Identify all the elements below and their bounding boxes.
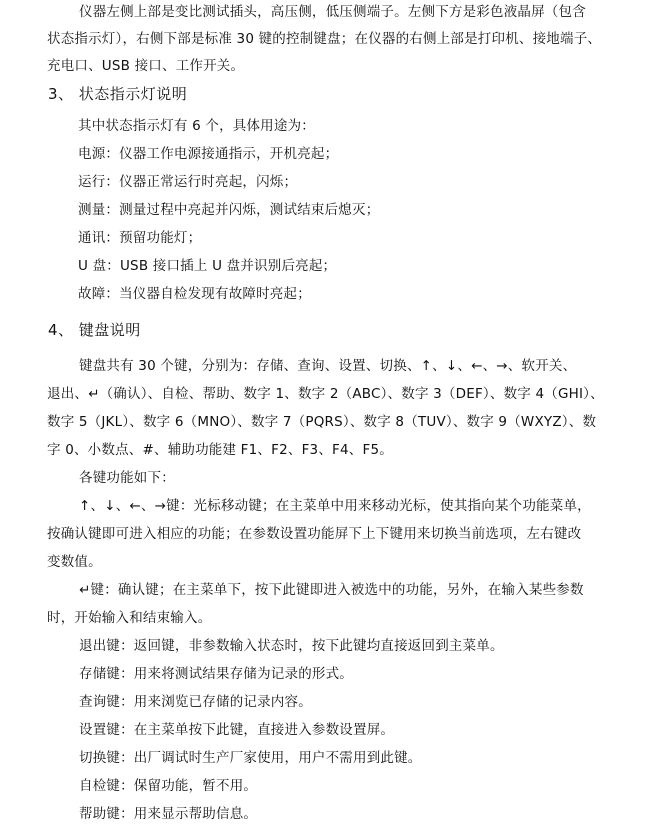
key-exit: 退出键：返回键，非参数输入状态时，按下此键均直接返回到主菜单。 bbox=[79, 637, 504, 655]
intro-line-1: 仪器左侧上部是变比测试插头，高压侧，低压侧端子。左侧下方是彩色液晶屏（包含 bbox=[79, 3, 586, 21]
key-query: 查询键：用来浏览已存储的记录内容。 bbox=[79, 693, 312, 711]
arrow-keys-line-3: 变数值。 bbox=[47, 553, 102, 571]
intro-line-3: 充电口、USB 接口、工作开关。 bbox=[47, 57, 244, 75]
status-light-power: 电源：仪器工作电源接通指示，开机亮起； bbox=[78, 145, 338, 163]
key-help: 帮助键：用来显示帮助信息。 bbox=[79, 805, 257, 823]
key-store: 存储键：用来将测试结果存储为记录的形式。 bbox=[79, 665, 353, 683]
confirm-key-line-1: ↵键：确认键；在主菜单下，按下此键即进入被选中的功能，另外，在输入某些参数 bbox=[79, 581, 584, 599]
status-light-fault: 故障：当仪器自检发现有故障时亮起； bbox=[78, 285, 311, 303]
status-light-measure: 测量：测量过程中亮起并闪烁，测试结束后熄灭； bbox=[78, 201, 379, 219]
keys-line-4: 字 0、小数点、#、辅助功能建 F1、F2、F3、F4、F5。 bbox=[47, 441, 393, 459]
keys-line-2: 退出、↵（确认）、自检、帮助、数字 1、数字 2（ABC）、数字 3（DEF）、… bbox=[47, 385, 604, 403]
section-3-heading: 3、 状态指示灯说明 bbox=[48, 84, 187, 104]
key-settings: 设置键：在主菜单按下此键，直接进入参数设置屏。 bbox=[79, 721, 394, 739]
keys-line-3: 数字 5（JKL）、数字 6（MNO）、数字 7（PQRS）、数字 8（TUV）… bbox=[47, 413, 596, 431]
section-4-heading: 4、 键盘说明 bbox=[48, 320, 141, 340]
intro-line-2: 状态指示灯），右侧下部是标准 30 键的控制键盘；在仪器的右侧上部是打印机、接地… bbox=[47, 30, 601, 48]
status-light-usb: U 盘：USB 接口插上 U 盘并识别后亮起； bbox=[78, 257, 336, 275]
arrow-keys-line-1: ↑、↓、←、→键：光标移动键；在主菜单中用来移动光标，使其指向某个功能菜单， bbox=[79, 497, 591, 515]
status-lights-intro: 其中状态指示灯有 6 个，具体用途为： bbox=[78, 117, 315, 135]
status-light-run: 运行：仪器正常运行时亮起，闪烁； bbox=[78, 173, 297, 191]
confirm-key-line-2: 时，开始输入和结束输入。 bbox=[47, 609, 211, 627]
functions-intro: 各键功能如下： bbox=[79, 469, 175, 487]
keys-line-1: 键盘共有 30 个键，分别为：存储、查询、设置、切换、↑、↓、←、→、软开关、 bbox=[79, 357, 576, 375]
arrow-keys-line-2: 按确认键即可进入相应的功能；在参数设置功能屏下上下键用来切换当前选项，左右键改 bbox=[47, 525, 581, 543]
key-switch: 切换键：出厂调试时生产厂家使用，用户不需用到此键。 bbox=[79, 749, 422, 767]
status-light-comm: 通讯：预留功能灯； bbox=[78, 229, 201, 247]
key-selftest: 自检键：保留功能，暂不用。 bbox=[79, 777, 257, 795]
